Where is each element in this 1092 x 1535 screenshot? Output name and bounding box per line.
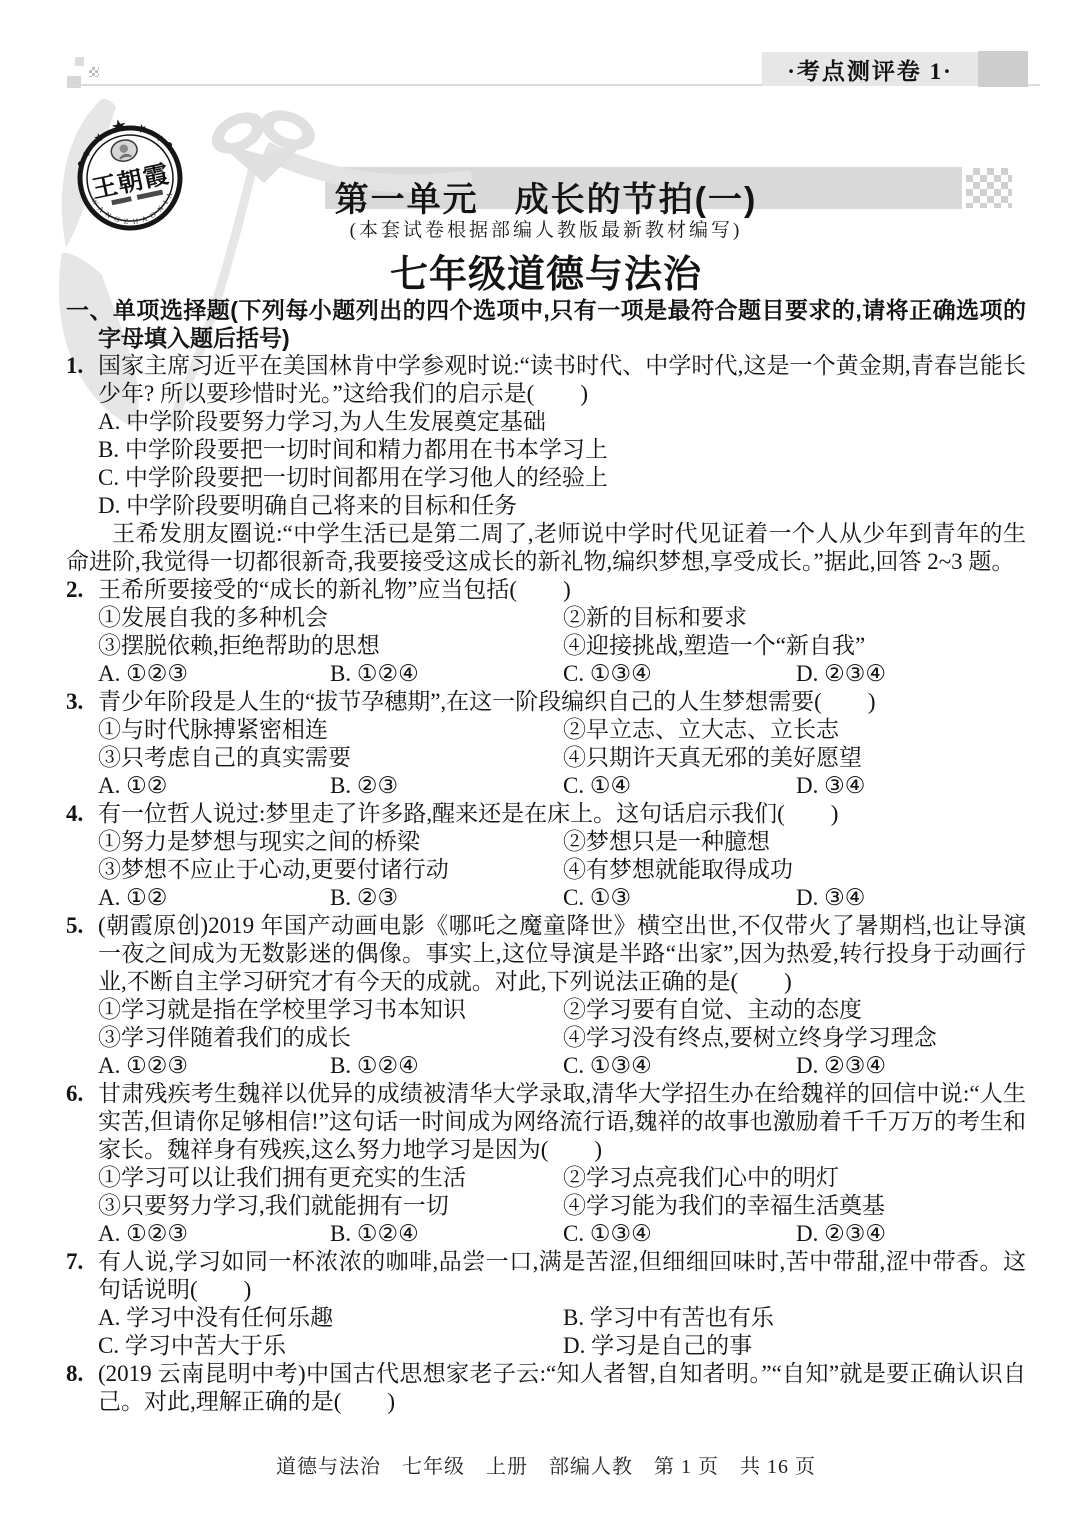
question-stem: 国家主席习近平在美国林肯中学参观时说:“读书时代、中学时代,这是一个黄金期,青春… [98, 353, 1026, 406]
answer-cell: C. ①③④ [563, 1220, 796, 1248]
question-number: 4. [66, 800, 83, 828]
option-cell: ④学习没有终点,要树立终身学习理念 [563, 1024, 1026, 1052]
answer-cell: D. ②③④ [796, 1220, 886, 1248]
question-3: 3. 青少年阶段是人生的“拔节孕穗期”,在这一阶段编织自己的人生梦想需要( ) [66, 688, 1026, 716]
question-number: 3. [66, 688, 83, 716]
option-grid: ①与时代脉搏紧密相连 ②早立志、立大志、立长志 ③只考虑自己的真实需要 ④只期许… [66, 716, 1026, 772]
question-5: 5. (朝霞原创)2019 年国产动画电影《哪吒之魔童降世》横空出世,不仅带火了… [66, 912, 1026, 996]
answer-cell: D. ③④ [796, 772, 865, 800]
question-6: 6. 甘肃残疾考生魏祥以优异的成绩被清华大学录取,清华大学招生办在给魏祥的回信中… [66, 1080, 1026, 1164]
svg-text:★: ★ [154, 132, 165, 145]
option-cell: D. 学习是自己的事 [563, 1332, 1026, 1360]
question-number: 6. [66, 1080, 83, 1108]
option-cell: ①努力是梦想与现实之间的桥梁 [98, 828, 563, 856]
option-grid: ①学习就是指在学校里学习书本知识 ②学习要有自觉、主动的态度 ③学习伴随着我们的… [66, 996, 1026, 1052]
answer-cell: C. ①③④ [563, 660, 796, 688]
exam-paper-page: ·考点测评卷 1· ★ ★ [0, 0, 1092, 1535]
option-grid: A. 学习中没有任何乐趣 B. 学习中有苦也有乐 C. 学习中苦大于乐 D. 学… [66, 1304, 1026, 1360]
option-cell: C. 学习中苦大于乐 [98, 1332, 563, 1360]
answer-cell: A. ①②③ [98, 1220, 330, 1248]
question-2: 2. 王希所要接受的“成长的新礼物”应当包括( ) [66, 576, 1026, 604]
question-stem: (朝霞原创)2019 年国产动画电影《哪吒之魔童降世》横空出世,不仅带火了暑期档… [98, 913, 1026, 994]
answer-row: A. ①②③ B. ①②④ C. ①③④ D. ②③④ [66, 1052, 1026, 1080]
option-line: A. 中学阶段要努力学习,为人生发展奠定基础 [66, 408, 1026, 436]
question-number: 1. [66, 352, 83, 380]
answer-cell: A. ①②③ [98, 660, 330, 688]
option-line: B. 中学阶段要把一切时间和精力都用在书本学习上 [66, 436, 1026, 464]
exam-badge: ·考点测评卷 1· [762, 52, 978, 86]
answer-cell: B. ①②④ [330, 1052, 563, 1080]
svg-text:★: ★ [92, 130, 105, 146]
option-cell: ③只要努力学习,我们就能拥有一切 [98, 1192, 563, 1220]
svg-text:★: ★ [109, 115, 129, 139]
answer-cell: A. ①② [98, 772, 330, 800]
option-cell: ④迎接挑战,塑造一个“新自我” [563, 632, 1026, 660]
answer-cell: A. ①② [98, 884, 330, 912]
answer-cell: C. ①④ [563, 772, 796, 800]
context-paragraph: 王希发朋友圈说:“中学生活已是第二周了,老师说中学时代见证着一个人从少年到青年的… [66, 520, 1026, 576]
question-stem: 青少年阶段是人生的“拔节孕穗期”,在这一阶段编织自己的人生梦想需要( ) [98, 689, 876, 714]
answer-cell: C. ①③④ [563, 1052, 796, 1080]
question-1: 1. 国家主席习近平在美国林肯中学参观时说:“读书时代、中学时代,这是一个黄金期… [66, 352, 1026, 408]
option-grid: ①学习可以让我们拥有更充实的生活 ②学习点亮我们心中的明灯 ③只要努力学习,我们… [66, 1164, 1026, 1220]
option-cell: ④学习能为我们的幸福生活奠基 [563, 1192, 1026, 1220]
answer-cell: B. ①②④ [330, 1220, 563, 1248]
subject-title: 七年级道德与法治 [0, 243, 1092, 298]
option-cell: ④只期许天真无邪的美好愿望 [563, 744, 1026, 772]
option-grid: ①发展自我的多种机会 ②新的目标和要求 ③摆脱依赖,拒绝帮助的思想 ④迎接挑战,… [66, 604, 1026, 660]
option-line: C. 中学阶段要把一切时间都用在学习他人的经验上 [66, 464, 1026, 492]
answer-row: A. ①② B. ②③ C. ①③ D. ③④ [66, 884, 1026, 912]
question-8: 8. (2019 云南昆明中考)中国古代思想家老子云:“知人者智,自知者明。”“… [66, 1360, 1026, 1416]
question-stem: 有一位哲人说过:梦里走了许多路,醒来还是在床上。这句话启示我们( ) [98, 801, 838, 826]
answer-cell: B. ②③ [330, 884, 563, 912]
option-line: D. 中学阶段要明确自己将来的目标和任务 [66, 492, 1026, 520]
question-number: 8. [66, 1360, 83, 1388]
question-number: 7. [66, 1248, 83, 1276]
question-stem: 有人说,学习如同一杯浓浓的咖啡,品尝一口,满是苦涩,但细细回味时,苦中带甜,涩中… [98, 1249, 1026, 1302]
option-cell: ②早立志、立大志、立长志 [563, 716, 1026, 744]
question-stem: 甘肃残疾考生魏祥以优异的成绩被清华大学录取,清华大学招生办在给魏祥的回信中说:“… [98, 1081, 1026, 1162]
answer-cell: D. ②③④ [796, 660, 886, 688]
corner-square [75, 57, 84, 66]
answer-cell: D. ③④ [796, 884, 865, 912]
answer-cell: B. ①②④ [330, 660, 563, 688]
answer-cell: A. ①②③ [98, 1052, 330, 1080]
section-heading: 一、单项选择题(下列每小题列出的四个选项中,只有一项是最符合题目要求的,请将正确… [66, 296, 1026, 352]
option-cell: ①发展自我的多种机会 [98, 604, 563, 632]
option-grid: ①努力是梦想与现实之间的桥梁 ②梦想只是一种臆想 ③梦想不应止于心动,更要付诸行… [66, 828, 1026, 884]
question-stem: (2019 云南昆明中考)中国古代思想家老子云:“知人者智,自知者明。”“自知”… [98, 1361, 1026, 1414]
option-cell: ②新的目标和要求 [563, 604, 1026, 632]
option-cell: ①学习就是指在学校里学习书本知识 [98, 996, 563, 1024]
svg-text:★: ★ [135, 120, 148, 136]
exam-badge-label: ·考点测评卷 1· [787, 53, 953, 86]
question-7: 7. 有人说,学习如同一杯浓浓的咖啡,品尝一口,满是苦涩,但细细回味时,苦中带甜… [66, 1248, 1026, 1304]
edition-note: (本套试卷根据部编人教版最新教材编写) [0, 215, 1092, 242]
option-cell: ②学习点亮我们心中的明灯 [563, 1164, 1026, 1192]
answer-row: A. ①②③ B. ①②④ C. ①③④ D. ②③④ [66, 660, 1026, 688]
option-cell: ①学习可以让我们拥有更充实的生活 [98, 1164, 563, 1192]
option-cell: ③只考虑自己的真实需要 [98, 744, 563, 772]
option-cell: ④有梦想就能取得成功 [563, 856, 1026, 884]
answer-row: A. ①② B. ②③ C. ①④ D. ③④ [66, 772, 1026, 800]
page-footer: 道德与法治 七年级 上册 部编人教 第 1 页 共 16 页 [0, 1450, 1092, 1479]
option-cell: ③学习伴随着我们的成长 [98, 1024, 563, 1052]
answer-cell: C. ①③ [563, 884, 796, 912]
question-content: 一、单项选择题(下列每小题列出的四个选项中,只有一项是最符合题目要求的,请将正确… [66, 296, 1026, 1416]
badge-corner-square [978, 51, 1028, 87]
option-cell: ②学习要有自觉、主动的态度 [563, 996, 1026, 1024]
option-cell: ①与时代脉搏紧密相连 [98, 716, 563, 744]
answer-row: A. ①②③ B. ①②④ C. ①③④ D. ②③④ [66, 1220, 1026, 1248]
question-stem: 王希所要接受的“成长的新礼物”应当包括( ) [98, 577, 571, 602]
option-cell: A. 学习中没有任何乐趣 [98, 1304, 563, 1332]
answer-cell: B. ②③ [330, 772, 563, 800]
option-cell: ③梦想不应止于心动,更要付诸行动 [98, 856, 563, 884]
question-4: 4. 有一位哲人说过:梦里走了许多路,醒来还是在床上。这句话启示我们( ) [66, 800, 1026, 828]
corner-square [89, 67, 99, 77]
question-number: 5. [66, 912, 83, 940]
option-cell: B. 学习中有苦也有乐 [563, 1304, 1026, 1332]
option-cell: ②梦想只是一种臆想 [563, 828, 1026, 856]
answer-cell: D. ②③④ [796, 1052, 886, 1080]
option-cell: ③摆脱依赖,拒绝帮助的思想 [98, 632, 563, 660]
corner-square [67, 76, 81, 88]
unit-title: 第一单元 成长的节拍(一) [0, 172, 1092, 221]
question-number: 2. [66, 576, 83, 604]
